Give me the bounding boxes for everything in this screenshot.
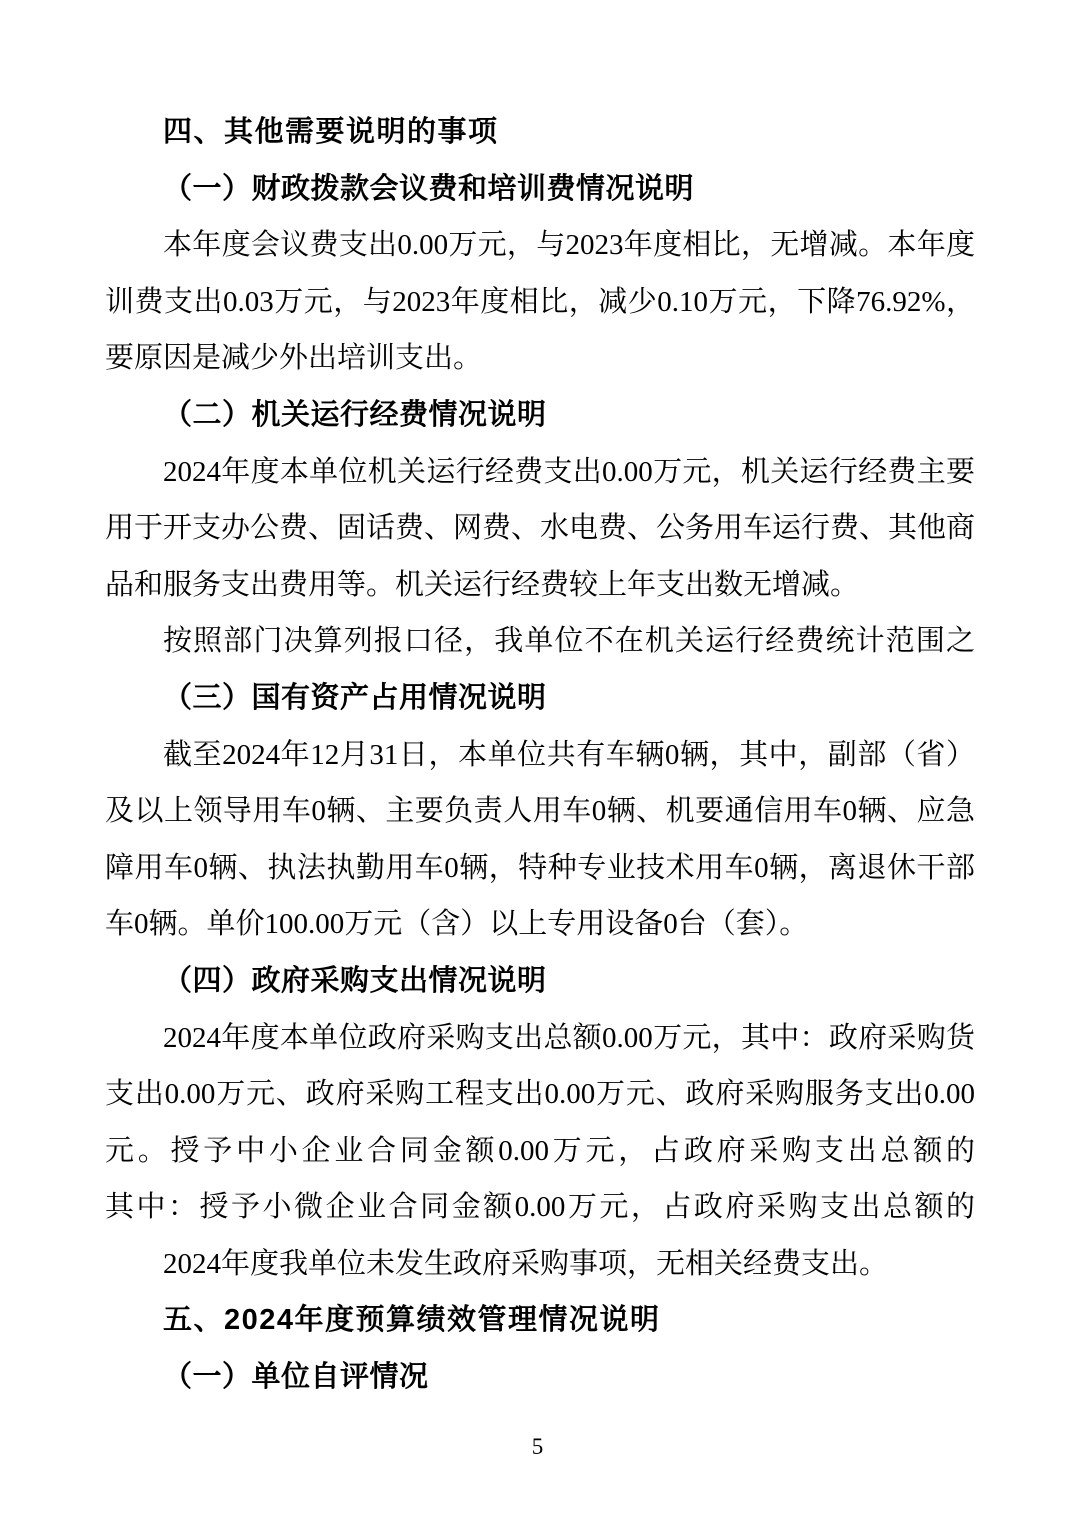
subsection-heading-5-1: （一）单位自评情况 (105, 1349, 975, 1406)
paragraph-line: 车0辆。单价100.00万元（含）以上专用设备0台（套）。 (105, 896, 975, 953)
page-number: 5 (0, 1432, 1075, 1462)
section-heading-4: 四、其他需要说明的事项 (105, 104, 975, 161)
paragraph-line: 用于开支办公费、固话费、网费、水电费、公务用车运行费、其他商 (105, 500, 975, 557)
paragraph-line: 支出0.00万元、政府采购工程支出0.00万元、政府采购服务支出0.00万 (105, 1066, 975, 1123)
paragraph-line: 元。授予中小企业合同金额0.00万元，占政府采购支出总额的0.00%， (105, 1123, 975, 1180)
paragraph-line: 障用车0辆、执法执勤用车0辆，特种专业技术用车0辆，离退休干部用 (105, 840, 975, 897)
subsection-heading-4-3: （三）国有资产占用情况说明 (105, 670, 975, 727)
paragraph-line: 品和服务支出费用等。机关运行经费较上年支出数无增减。 (105, 557, 975, 614)
document-body: 四、其他需要说明的事项 （一）财政拨款会议费和培训费情况说明 本年度会议费支出0… (105, 104, 975, 1406)
subsection-heading-4-2: （二）机关运行经费情况说明 (105, 387, 975, 444)
subsection-heading-4-1: （一）财政拨款会议费和培训费情况说明 (105, 161, 975, 218)
paragraph-line: 截至2024年12月31日，本单位共有车辆0辆，其中，副部（省）级 (105, 727, 975, 784)
subsection-heading-4-4: （四）政府采购支出情况说明 (105, 953, 975, 1010)
section-heading-5: 五、2024年度预算绩效管理情况说明 (105, 1292, 975, 1349)
paragraph-line: 其中：授予小微企业合同金额0.00万元，占政府采购支出总额的0.00%。 (105, 1179, 975, 1236)
paragraph-line: 按照部门决算列报口径，我单位不在机关运行经费统计范围之内。 (105, 613, 975, 670)
paragraph-line: 及以上领导用车0辆、主要负责人用车0辆、机要通信用车0辆、应急保 (105, 783, 975, 840)
paragraph-line: 要原因是减少外出培训支出。 (105, 330, 975, 387)
paragraph-line: 训费支出0.03万元，与2023年度相比，减少0.10万元，下降76.92%，主 (105, 274, 975, 331)
paragraph-line: 2024年度本单位机关运行经费支出0.00万元，机关运行经费主要 (105, 444, 975, 501)
paragraph-line: 2024年度本单位政府采购支出总额0.00万元，其中：政府采购货物 (105, 1010, 975, 1067)
document-page: 四、其他需要说明的事项 （一）财政拨款会议费和培训费情况说明 本年度会议费支出0… (0, 0, 1075, 1520)
paragraph-line: 2024年度我单位未发生政府采购事项，无相关经费支出。 (105, 1236, 975, 1293)
paragraph-line: 本年度会议费支出0.00万元，与2023年度相比，无增减。本年度培 (105, 217, 975, 274)
